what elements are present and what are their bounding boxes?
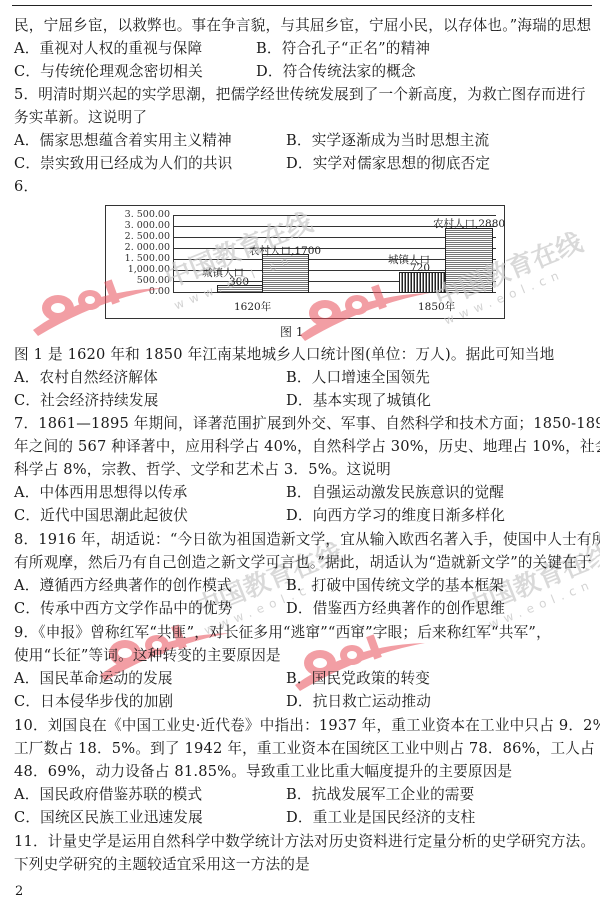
- q10-stem-line3: 48．69%，动力设备占 81.85%。导致重工业比重大幅度提升的主要原因是: [14, 762, 512, 782]
- q6-number: 6．: [14, 177, 38, 197]
- q8-option-a: A．遵循西方经典著作的创作模式: [14, 576, 232, 596]
- q9-stem-line1: 9．《申报》曾称红军“共匪”，对长征多用“逃窜”“西窜”字眼；后来称红军“共军”…: [14, 623, 551, 643]
- q11-stem-line1: 11．计量史学是运用自然科学中数学统计方法对历史资料进行定量分析的史学研究方法。: [14, 832, 595, 852]
- q4-option-b: B．符合孔子“正名”的精神: [256, 39, 430, 59]
- q7-stem-line3: 科学占 8%，宗教、哲学、文学和艺术占 3．5%。这说明: [14, 460, 391, 480]
- q5-option-d: D．实学对儒家思想的彻底否定: [286, 154, 490, 174]
- q6-option-a: A．农村自然经济解体: [14, 368, 158, 388]
- y-tick: 0.00: [108, 287, 170, 297]
- q4-option-c: C．与传统伦理观念密切相关: [14, 62, 203, 82]
- top-rule: [12, 5, 592, 6]
- q5-option-c: C．崇实致用已经成为人们的共识: [14, 154, 232, 174]
- q9-option-d: D．抗日救亡运动推动: [286, 692, 431, 712]
- figure-caption: 图 1: [280, 323, 303, 340]
- q7-option-b: B．自强运动激发民族意识的觉醒: [286, 483, 504, 503]
- q8-option-b: B．打破中国传统文学的基本框架: [286, 576, 504, 596]
- q10-stem-line2: 工厂数占 18．5%。到了 1942 年，重工业资本在国统区工业中则占 78．8…: [14, 739, 595, 759]
- q4-option-a: A．重视对人权的重视与保障: [14, 39, 202, 59]
- q5-option-a: A．儒家思想蕴含着实用主义精神: [14, 131, 232, 151]
- q6-option-c: C．社会经济持续发展: [14, 391, 159, 411]
- q7-option-d: D．向西方学习的维度日渐多样化: [286, 506, 505, 526]
- bar-label-1850-rural: 农村人口,2880: [433, 216, 505, 231]
- q10-stem-line1: 10．刘国良在《中国工业史·近代卷》中指出：1937 年，重工业资本在工业中只占…: [14, 716, 600, 736]
- y-tick: 500.00: [108, 276, 170, 286]
- q7-option-c: C．近代中国思潮此起彼伏: [14, 506, 188, 526]
- q6-option-d: D．基本实现了城镇化: [286, 391, 431, 411]
- q4-stem-continuation: 民，宁屈乡宦，以救弊也。事在争言貌，与其屈乡宦，宁屈小民，以存体也。”海瑞的思想: [14, 16, 591, 36]
- q11-stem-line2: 下列史学研究的主题较适宜采用这一方法的是: [14, 855, 310, 875]
- q5-stem-line2: 务实革新。这说明了: [14, 108, 147, 128]
- q5-option-b: B．实学逐渐成为当时思想主流: [286, 131, 489, 151]
- q10-option-c: C．国统区民族工业迅速发展: [14, 808, 203, 828]
- y-tick: 2. 000.00: [108, 243, 170, 253]
- q5-stem-line1: 5．明清时期兴起的实学思潮，把儒学经世传统发展到了一个新高度，为救亡图存而进行: [14, 85, 586, 105]
- x-label-1620: 1620年: [234, 299, 271, 314]
- q10-option-b: B．抗战发展军工企业的需要: [286, 785, 474, 805]
- q8-option-d: D．借鉴西方经典著作的创作思维: [286, 599, 505, 619]
- page-number: 2: [15, 884, 23, 899]
- q10-option-a: A．国民政府借鉴苏联的模式: [14, 785, 202, 805]
- bar-label-1850-urban-value: 720: [410, 262, 430, 274]
- q7-stem-line2: 年之间的 567 种译著中，应用科学占 40%，自然科学占 30%，历史、地理占…: [14, 437, 600, 457]
- q8-stem-line2: 有所观摩，然后乃有自己创造之新文学可言也。”据此，胡适认为“造就新文学”的关键在…: [14, 553, 592, 573]
- q8-option-c: C．传承中西方文学作品中的优势: [14, 599, 232, 619]
- q6-stem: 图 1 是 1620 年和 1850 年江南某地城乡人口统计图(单位：万人)。据…: [14, 345, 554, 365]
- q9-stem-line2: 使用“长征”等词。这种转变的主要原因是: [14, 646, 281, 666]
- q6-option-b: B．人口增速全国领先: [286, 368, 430, 388]
- y-tick: 2. 500.00: [108, 232, 170, 242]
- y-tick: 3. 500.00: [108, 210, 170, 220]
- q9-option-b: B．国民党政策的转变: [286, 669, 430, 689]
- q7-stem-line1: 7．1861—1895 年期间，译著范围扩展到外交、军事、自然科学和技术方面；1…: [14, 414, 600, 434]
- q10-option-d: D．重工业是国民经济的支柱: [286, 808, 475, 828]
- q4-option-d: D．符合传统法家的概念: [256, 62, 416, 82]
- q8-stem-line1: 8．1916 年，胡适说：“今日欲为祖国造新文学，宜从输入欧西名著入手，使国中人…: [14, 530, 600, 550]
- y-tick: 3. 000.00: [108, 221, 170, 231]
- q7-option-a: A．中体西用思想得以传承: [14, 483, 187, 503]
- q9-option-a: A．国民革命运动的发展: [14, 669, 173, 689]
- q9-option-c: C．日本侵华步伐的加剧: [14, 692, 173, 712]
